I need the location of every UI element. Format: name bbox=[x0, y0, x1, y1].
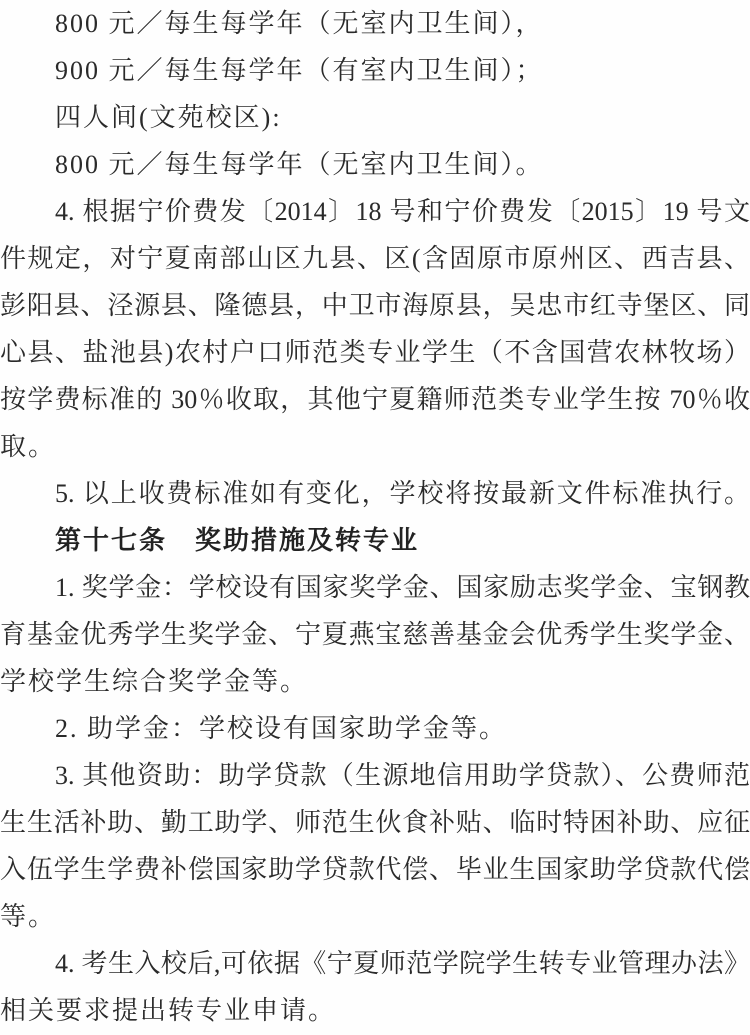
document-line: 4. 根据宁价费发〔2014〕18 号和宁价费发〔2015〕19 号文 bbox=[0, 188, 750, 235]
document-line: 4. 考生入校后,可依据《宁夏师范学院学生转专业管理办法》 bbox=[0, 940, 750, 987]
document-line: 800 元／每生每学年（无室内卫生间）， bbox=[0, 0, 750, 47]
document-line: 3. 其他资助：助学贷款（生源地信用助学贷款）、公费师范 bbox=[0, 752, 750, 799]
document-line: 800 元／每生每学年（无室内卫生间）。 bbox=[0, 141, 750, 188]
document-line: 900 元／每生每学年（有室内卫生间）； bbox=[0, 47, 750, 94]
document-line: 相关要求提出转专业申请。 bbox=[0, 987, 750, 1034]
section-heading: 第十七条 奖助措施及转专业 bbox=[0, 517, 750, 564]
document-line: 四人间(文苑校区): bbox=[0, 94, 750, 141]
document-line: 取。 bbox=[0, 423, 750, 470]
document-line: 按学费标准的 30％收取，其他宁夏籍师范类专业学生按 70％收 bbox=[0, 376, 750, 423]
document-line: 心县、盐池县)农村户口师范类专业学生（不含国营农林牧场） bbox=[0, 329, 750, 376]
document-line: 件规定，对宁夏南部山区九县、区(含固原市原州区、西吉县、 bbox=[0, 235, 750, 282]
document-line: 1. 奖学金：学校设有国家奖学金、国家励志奖学金、宝钢教 bbox=[0, 564, 750, 611]
document-line: 等。 bbox=[0, 893, 750, 940]
document-line: 2. 助学金：学校设有国家助学金等。 bbox=[0, 705, 750, 752]
document-line: 5. 以上收费标准如有变化，学校将按最新文件标准执行。 bbox=[0, 470, 750, 517]
document-line: 入伍学生学费补偿国家助学贷款代偿、毕业生国家助学贷款代偿 bbox=[0, 846, 750, 893]
document-line: 学校学生综合奖学金等。 bbox=[0, 658, 750, 705]
document-line: 彭阳县、泾源县、隆德县，中卫市海原县，吴忠市红寺堡区、同 bbox=[0, 282, 750, 329]
document-page: 800 元／每生每学年（无室内卫生间）， 900 元／每生每学年（有室内卫生间）… bbox=[0, 0, 750, 1035]
document-line: 育基金优秀学生奖学金、宁夏燕宝慈善基金会优秀学生奖学金、 bbox=[0, 611, 750, 658]
document-line: 生生活补助、勤工助学、师范生伙食补贴、临时特困补助、应征 bbox=[0, 799, 750, 846]
